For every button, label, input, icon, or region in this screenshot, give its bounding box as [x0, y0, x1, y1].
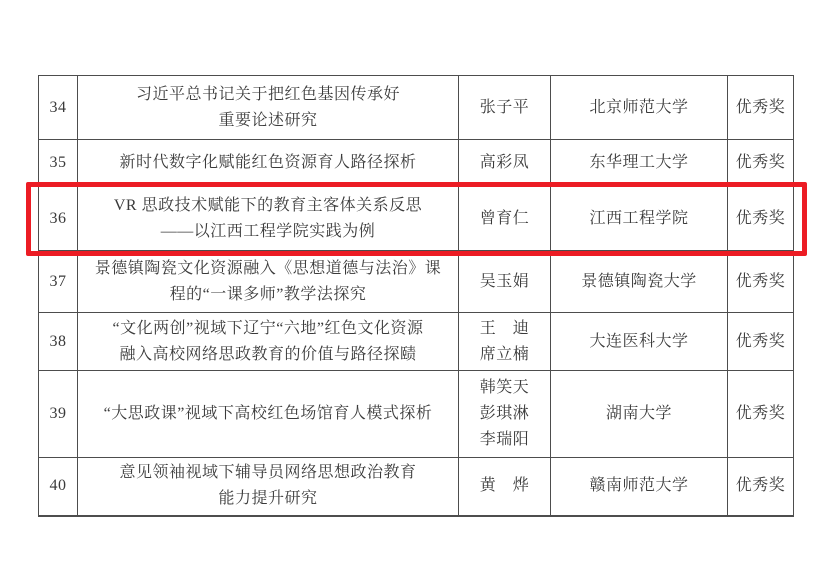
author-name: 韩笑天: [463, 375, 546, 401]
title-line: 程的“一课多师”教学法探究: [82, 282, 454, 308]
author-cell: 吴玉娟: [459, 251, 551, 313]
document-page: 34 习近平总书记关于把红色基因传承好重要论述研究 张子平 北京师范大学 优秀奖…: [0, 0, 831, 575]
author-name: 席立楠: [463, 342, 546, 368]
row-number-cell: 35: [39, 140, 78, 187]
row-number-cell: 36: [39, 187, 78, 251]
title-line: VR 思政技术赋能下的教育主客体关系反思: [82, 193, 454, 219]
award-label: 优秀奖: [736, 333, 786, 350]
author-name: 吴玉娟: [463, 269, 546, 295]
row-number-cell: 37: [39, 251, 78, 313]
author-name: 张子平: [463, 95, 546, 121]
author-cell: 韩笑天彭琪淋李瑞阳: [459, 371, 551, 458]
award-cell: 优秀奖: [728, 313, 794, 371]
title-cell: VR 思政技术赋能下的教育主客体关系反思——以江西工程学院实践为例: [78, 187, 459, 251]
title-line: 重要论述研究: [82, 108, 454, 134]
title-line: 融入高校网络思政教育的价值与路径探赜: [82, 342, 454, 368]
author-name: 黄 烨: [463, 473, 546, 499]
row-number: 38: [50, 333, 67, 350]
university-cell: 湖南大学: [551, 371, 728, 458]
award-label: 优秀奖: [736, 154, 786, 171]
row-number: 35: [50, 154, 67, 171]
row-number-cell: 39: [39, 371, 78, 458]
title-line: “大思政课”视域下高校红色场馆育人模式探析: [82, 401, 454, 427]
university-cell: 北京师范大学: [551, 76, 728, 140]
author-name: 王 迪: [463, 316, 546, 342]
author-name: 曾育仁: [463, 206, 546, 232]
university-name: 北京师范大学: [589, 99, 688, 116]
row-number: 40: [50, 477, 67, 494]
award-cell: 优秀奖: [728, 251, 794, 313]
table-row: 36 VR 思政技术赋能下的教育主客体关系反思——以江西工程学院实践为例 曾育仁…: [39, 187, 794, 251]
title-cell: 意见领袖视域下辅导员网络思想政治教育能力提升研究: [78, 458, 459, 516]
university-name: 赣南师范大学: [589, 477, 688, 494]
university-name: 东华理工大学: [589, 154, 688, 171]
author-cell: 高彩凤: [459, 140, 551, 187]
university-cell: 东华理工大学: [551, 140, 728, 187]
award-label: 优秀奖: [736, 405, 786, 422]
title-cell: 习近平总书记关于把红色基因传承好重要论述研究: [78, 76, 459, 140]
table-row: 34 习近平总书记关于把红色基因传承好重要论述研究 张子平 北京师范大学 优秀奖: [39, 76, 794, 140]
table-row: 37 景德镇陶瓷文化资源融入《思想道德与法治》课程的“一课多师”教学法探究 吴玉…: [39, 251, 794, 313]
title-line: 习近平总书记关于把红色基因传承好: [82, 82, 454, 108]
university-name: 景德镇陶瓷大学: [581, 273, 697, 290]
row-number-cell: 38: [39, 313, 78, 371]
award-cell: 优秀奖: [728, 458, 794, 516]
author-cell: 王 迪席立楠: [459, 313, 551, 371]
university-cell: 江西工程学院: [551, 187, 728, 251]
title-line: ——以江西工程学院实践为例: [82, 219, 454, 245]
title-line: 意见领袖视域下辅导员网络思想政治教育: [82, 460, 454, 486]
title-line: 景德镇陶瓷文化资源融入《思想道德与法治》课: [82, 256, 454, 282]
award-label: 优秀奖: [736, 273, 786, 290]
row-number-cell: 34: [39, 76, 78, 140]
author-name: 彭琪淋: [463, 401, 546, 427]
title-cell: 新时代数字化赋能红色资源育人路径探析: [78, 140, 459, 187]
university-name: 大连医科大学: [589, 333, 688, 350]
title-cell: “文化两创”视域下辽宁“六地”红色文化资源融入高校网络思政教育的价值与路径探赜: [78, 313, 459, 371]
title-cell: 景德镇陶瓷文化资源融入《思想道德与法治》课程的“一课多师”教学法探究: [78, 251, 459, 313]
title-line: 能力提升研究: [82, 486, 454, 512]
title-cell: “大思政课”视域下高校红色场馆育人模式探析: [78, 371, 459, 458]
university-cell: 赣南师范大学: [551, 458, 728, 516]
university-name: 江西工程学院: [589, 210, 688, 227]
table-row: 38 “文化两创”视域下辽宁“六地”红色文化资源融入高校网络思政教育的价值与路径…: [39, 313, 794, 371]
award-cell: 优秀奖: [728, 371, 794, 458]
table-row: 39 “大思政课”视域下高校红色场馆育人模式探析 韩笑天彭琪淋李瑞阳 湖南大学 …: [39, 371, 794, 458]
author-name: 高彩凤: [463, 150, 546, 176]
author-cell: 曾育仁: [459, 187, 551, 251]
author-cell: 张子平: [459, 76, 551, 140]
award-label: 优秀奖: [736, 210, 786, 227]
award-cell: 优秀奖: [728, 140, 794, 187]
row-number: 39: [50, 405, 67, 422]
award-label: 优秀奖: [736, 477, 786, 494]
awards-table: 34 习近平总书记关于把红色基因传承好重要论述研究 张子平 北京师范大学 优秀奖…: [38, 75, 794, 517]
university-name: 湖南大学: [606, 405, 672, 422]
title-line: 新时代数字化赋能红色资源育人路径探析: [82, 150, 454, 176]
university-cell: 大连医科大学: [551, 313, 728, 371]
table-row: 35 新时代数字化赋能红色资源育人路径探析 高彩凤 东华理工大学 优秀奖: [39, 140, 794, 187]
author-name: 李瑞阳: [463, 427, 546, 453]
award-cell: 优秀奖: [728, 187, 794, 251]
row-number-cell: 40: [39, 458, 78, 516]
table-row: 40 意见领袖视域下辅导员网络思想政治教育能力提升研究 黄 烨 赣南师范大学 优…: [39, 458, 794, 516]
university-cell: 景德镇陶瓷大学: [551, 251, 728, 313]
row-number: 36: [50, 210, 67, 227]
award-label: 优秀奖: [736, 99, 786, 116]
row-number: 34: [50, 99, 67, 116]
row-number: 37: [50, 273, 67, 290]
award-cell: 优秀奖: [728, 76, 794, 140]
author-cell: 黄 烨: [459, 458, 551, 516]
title-line: “文化两创”视域下辽宁“六地”红色文化资源: [82, 316, 454, 342]
